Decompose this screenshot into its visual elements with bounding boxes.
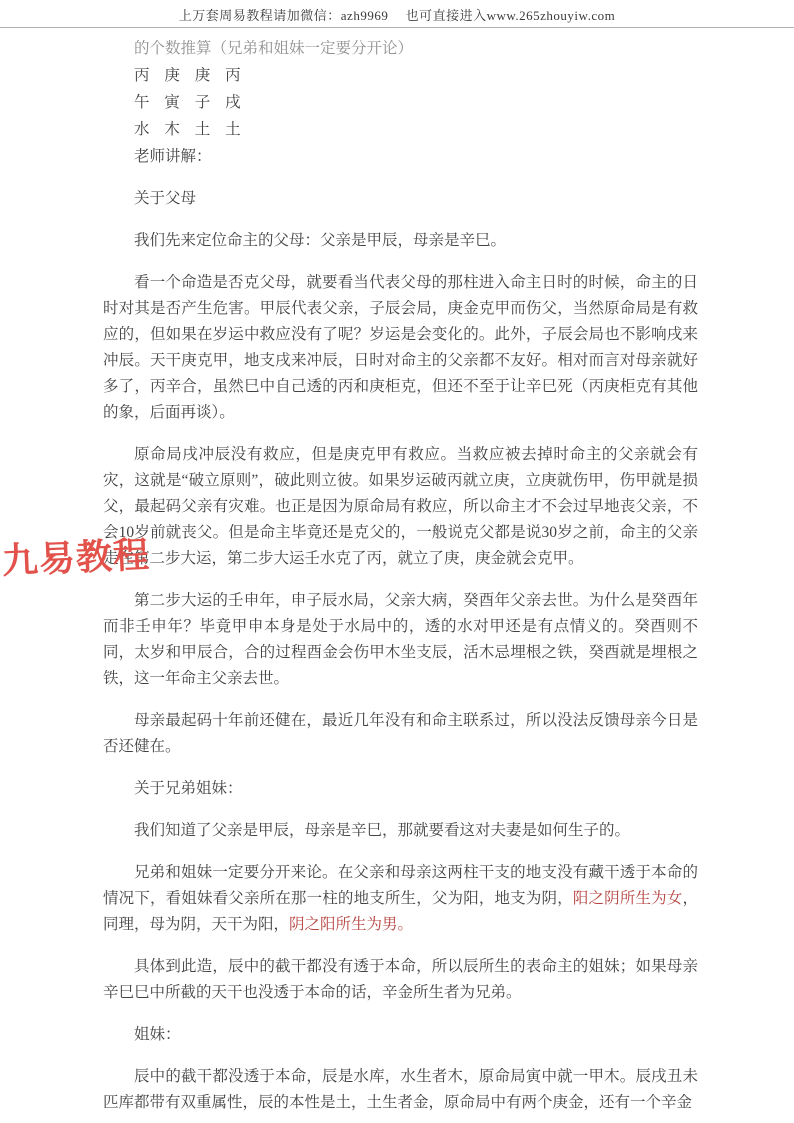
para-this-chart: 具体到此造，辰中的截干都没有透于本命，所以辰所生的表命主的姐妹；如果母亲辛巳巳中… <box>103 954 698 1006</box>
text-run: 具体到此造，辰中的截干都没有透于本命，所以辰所生的表命主的姐妹；如果母亲辛巳巳中… <box>103 958 698 1001</box>
header-contact-text: 上万套周易教程请加微信：azh9969 也可直接进入www.265zhouyiw… <box>179 8 615 23</box>
red-emphasis-run: 阴之阳所生为男。 <box>289 916 413 933</box>
text-run: 关于兄弟姐妹： <box>134 780 243 797</box>
document-body: 的个数推算（兄弟和姐妹一定要分开论）丙 庚 庚 丙午 寅 子 戌水 木 土 土老… <box>0 28 794 1116</box>
para-separate-rule: 兄弟和姐妹一定要分开来论。在父亲和母亲这两柱干支的地支没有藏干透于本命的情况下，… <box>103 860 698 938</box>
text-run: 丙 庚 庚 丙 <box>134 67 242 84</box>
para-locate-parents: 我们先来定位命主的父母：父亲是甲辰，母亲是辛巳。 <box>103 228 698 254</box>
text-run: 午 寅 子 戌 <box>134 94 242 111</box>
section-sisters: 姐妹： <box>103 1022 698 1048</box>
section-parents: 关于父母 <box>103 186 698 212</box>
red-emphasis-run: 阳之阴所生为女 <box>573 890 683 907</box>
text-run: 我们知道了父亲是甲辰，母亲是辛巳，那就要看这对夫妻是如何生子的。 <box>134 822 630 839</box>
text-run: 老师讲解： <box>134 148 212 165</box>
text-run: 看一个命造是否克父母，就要看当代表父母的那柱进入命主日时的时候，命主的日时对其是… <box>103 274 698 421</box>
teacher-note: 老师讲解： <box>103 144 698 170</box>
carryover-line: 的个数推算（兄弟和姐妹一定要分开论） <box>103 36 698 62</box>
section-siblings: 关于兄弟姐妹： <box>103 776 698 802</box>
text-run: 原命局戌冲辰没有救应，但是庚克甲有救应。当救应被去掉时命主的父亲就会有 灾，这就… <box>103 446 714 567</box>
para-parents-known: 我们知道了父亲是甲辰，母亲是辛巳，那就要看这对夫妻是如何生子的。 <box>103 818 698 844</box>
para-poli-principle: 原命局戌冲辰没有救应，但是庚克甲有救应。当救应被去掉时命主的父亲就会有 灾，这就… <box>103 442 698 572</box>
text-run: 第二步大运的壬申年，申子辰水局，父亲大病，癸酉年父亲去世。为什么是癸酉年而非壬申… <box>103 592 698 687</box>
pillar-branches: 午 寅 子 戌 <box>103 90 698 116</box>
para-second-dayun: 第二步大运的壬申年，申子辰水局，父亲大病，癸酉年父亲去世。为什么是癸酉年而非壬申… <box>103 588 698 692</box>
para-harm-parents: 看一个命造是否克父母，就要看当代表父母的那柱进入命主日时的时候，命主的日时对其是… <box>103 270 698 426</box>
text-run: 姐妹： <box>134 1026 181 1043</box>
text-run: 我们先来定位命主的父母：父亲是甲辰，母亲是辛巳。 <box>134 232 506 249</box>
text-run: 关于父母 <box>134 190 196 207</box>
text-run: 的个数推算（兄弟和姐妹一定要分开论） <box>134 40 413 57</box>
para-mother-status: 母亲最起码十年前还健在，最近几年没有和命主联系过，所以没法反馈母亲今日是否还健在… <box>103 708 698 760</box>
page-header: 上万套周易教程请加微信：azh9969 也可直接进入www.265zhouyiw… <box>0 0 794 28</box>
text-run: 水 木 土 土 <box>134 121 242 138</box>
text-run: 辰中的截干都没透于本命，辰是水库，水生者木，原命局寅中就一甲木。辰戌丑未匹库都带… <box>103 1068 698 1111</box>
text-run: 母亲最起码十年前还健在，最近几年没有和命主联系过，所以没法反馈母亲今日是否还健在… <box>103 712 698 755</box>
pillar-elements: 水 木 土 土 <box>103 117 698 143</box>
pillar-stems: 丙 庚 庚 丙 <box>103 63 698 89</box>
para-sisters-count: 辰中的截干都没透于本命，辰是水库，水生者木，原命局寅中就一甲木。辰戌丑未匹库都带… <box>103 1064 698 1116</box>
